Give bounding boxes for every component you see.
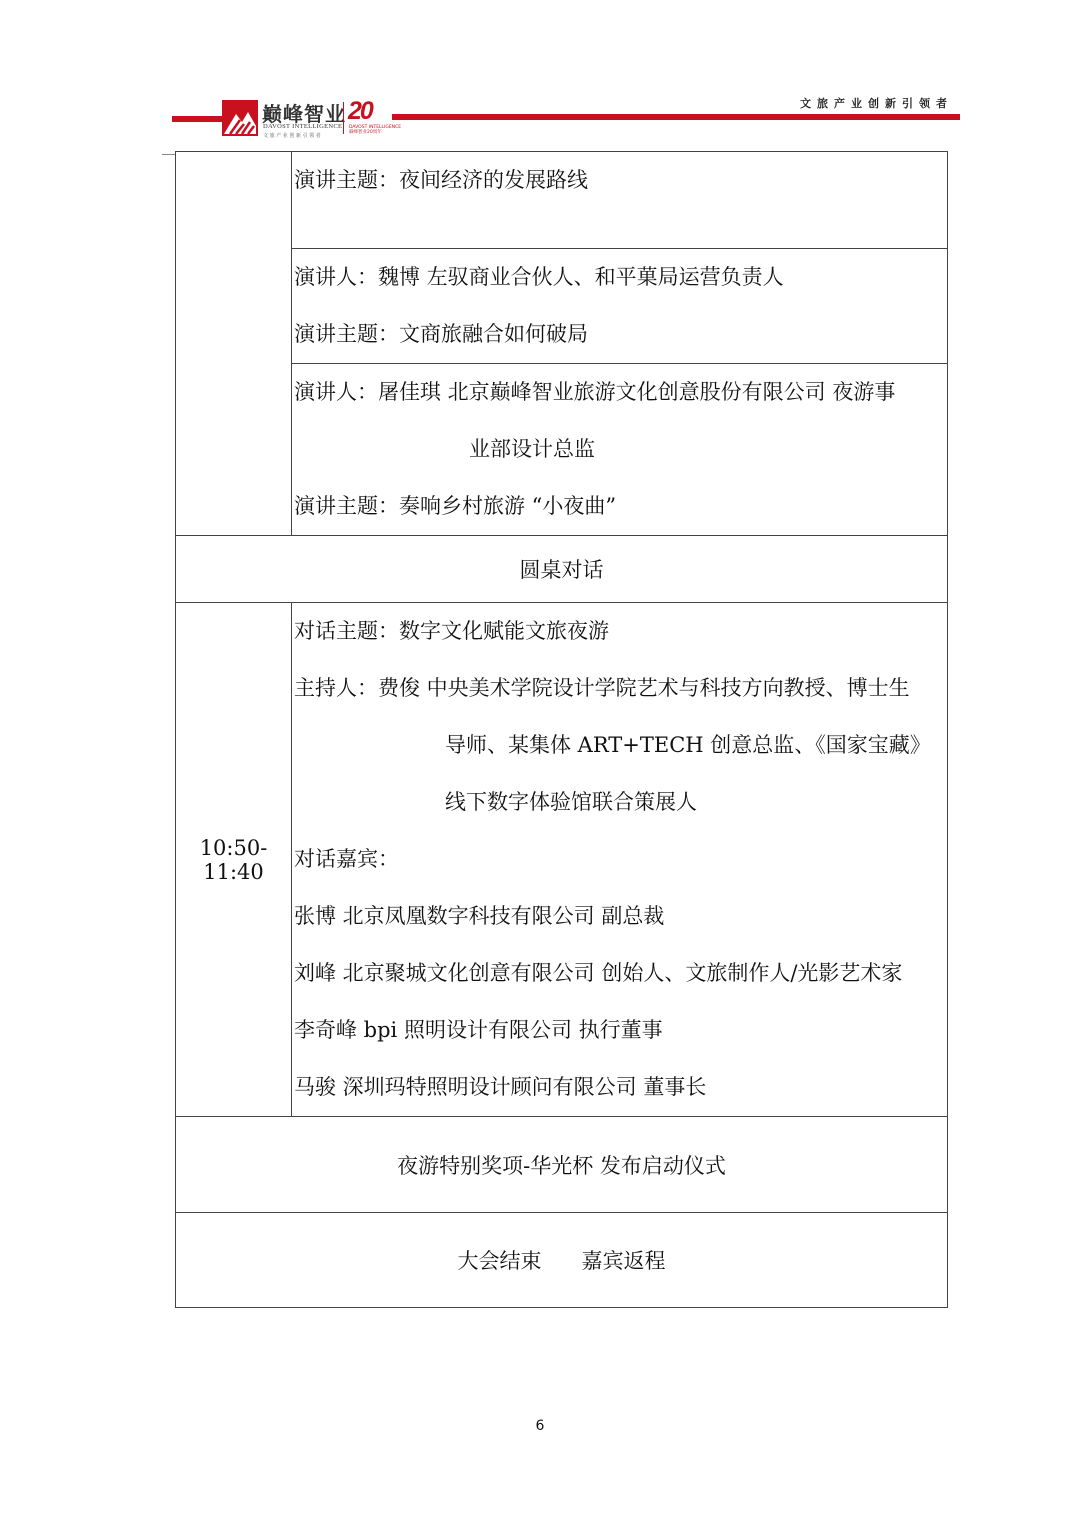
agenda-table: 演讲主题：夜间经济的发展路线 演讲人：魏博 左驭商业合伙人、和平菓局运营负责人 … (175, 151, 948, 1308)
talk-topic: 演讲主题：文商旅融合如何破局 (292, 306, 947, 363)
guest-line: 刘峰 北京聚城文化创意有限公司 创始人、文旅制作人/光影艺术家 (292, 945, 947, 1002)
logo-divider (343, 102, 344, 134)
agenda-cell: 对话主题：数字文化赋能文旅夜游 主持人：费俊 中央美术学院设计学院艺术与科技方向… (292, 603, 948, 1117)
award-heading: 夜游特别奖项-华光杯 发布启动仪式 (176, 1117, 948, 1213)
logo-mountain-icon (222, 100, 258, 136)
talk-topic: 演讲主题：夜间经济的发展路线 (292, 152, 947, 209)
anniversary-badge: 20 (348, 97, 372, 126)
anniversary-caption-cn: 巅峰智业20周年 (349, 130, 401, 135)
table-row: 圆桌对话 (176, 536, 948, 603)
agenda-cell: 演讲主题：夜间经济的发展路线 (292, 152, 948, 249)
talk-topic: 演讲主题：奏响乡村旅游 “小夜曲” (292, 478, 947, 535)
page-header: 巅峰智业 DAVOST INTELLIGENCE 文旅产业创新引领者 20 DA… (0, 0, 1080, 150)
table-row: 演讲人：屠佳琪 北京巅峰智业旅游文化创意股份有限公司 夜游事 业部设计总监 演讲… (176, 364, 948, 536)
page-number: 6 (0, 1418, 1080, 1434)
agenda-cell: 演讲人：魏博 左驭商业合伙人、和平菓局运营负责人 演讲主题：文商旅融合如何破局 (292, 249, 948, 364)
guests-label: 对话嘉宾： (292, 831, 947, 888)
header-rule-left (172, 116, 224, 122)
guest-line: 张博 北京凤凰数字科技有限公司 副总裁 (292, 888, 947, 945)
header-rule-right (392, 114, 960, 120)
time-cell: 10:50-11:40 (176, 603, 292, 1117)
dialogue-topic: 对话主题：数字文化赋能文旅夜游 (292, 603, 947, 660)
header-slogan: 文旅产业创新引领者 (800, 95, 953, 111)
table-row: 夜游特别奖项-华光杯 发布启动仪式 (176, 1117, 948, 1213)
agenda-cell: 演讲人：屠佳琪 北京巅峰智业旅游文化创意股份有限公司 夜游事 业部设计总监 演讲… (292, 364, 948, 536)
anniversary-caption: DAVOST INTELLIGENCE 巅峰智业20周年 (349, 125, 401, 135)
speaker-line-cont: 业部设计总监 (292, 421, 947, 478)
logo-text-en: DAVOST INTELLIGENCE (263, 123, 342, 130)
guest-line: 李奇峰 bpi 照明设计有限公司 执行董事 (292, 1002, 947, 1059)
host-line-cont: 导师、某集体 ART+TECH 创意总监、《国家宝藏》 (292, 717, 947, 774)
closing-heading: 大会结束 嘉宾返程 (176, 1213, 948, 1308)
speaker-line: 演讲人：魏博 左驭商业合伙人、和平菓局运营负责人 (292, 249, 947, 306)
table-row: 演讲主题：夜间经济的发展路线 (176, 152, 948, 249)
time-cell (176, 152, 292, 536)
guest-line: 马骏 深圳玛特照明设计顾问有限公司 董事长 (292, 1059, 947, 1116)
margin-tick (162, 154, 176, 155)
table-row: 演讲人：魏博 左驭商业合伙人、和平菓局运营负责人 演讲主题：文商旅融合如何破局 (176, 249, 948, 364)
logo-tagline: 文旅产业创新引领者 (263, 132, 322, 139)
host-line-cont: 线下数字体验馆联合策展人 (292, 774, 947, 831)
speaker-line: 演讲人：屠佳琪 北京巅峰智业旅游文化创意股份有限公司 夜游事 (292, 364, 947, 421)
roundtable-heading: 圆桌对话 (176, 536, 948, 603)
table-row: 大会结束 嘉宾返程 (176, 1213, 948, 1308)
host-line: 主持人：费俊 中央美术学院设计学院艺术与科技方向教授、博士生 (292, 660, 947, 717)
table-row: 10:50-11:40 对话主题：数字文化赋能文旅夜游 主持人：费俊 中央美术学… (176, 603, 948, 1117)
